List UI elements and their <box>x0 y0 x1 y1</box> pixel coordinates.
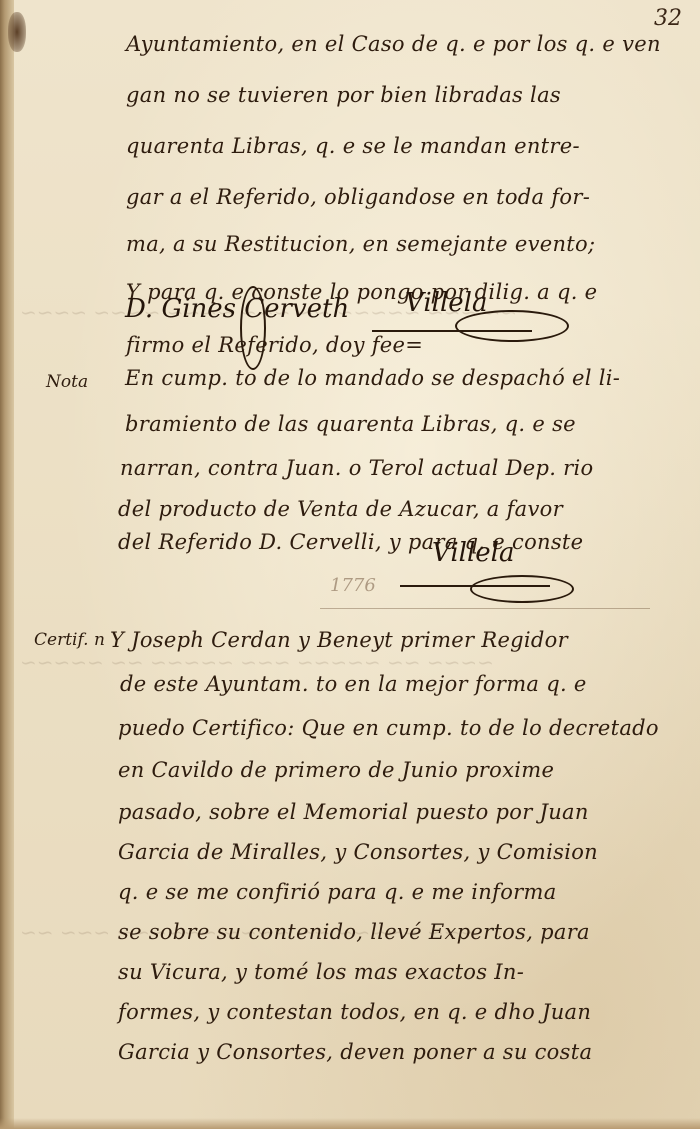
text-line: Garcia de Miralles, y Consortes, y Comis… <box>118 840 598 864</box>
text-line: bramiento de las quarenta Libras, q. e s… <box>125 412 576 436</box>
signature-villela-nota: Villela <box>432 538 514 568</box>
signature-flourish <box>470 575 574 603</box>
text-line: Garcia y Consortes, deven poner a su cos… <box>118 1040 592 1064</box>
text-line: ma, a su Restitucion, en semejante event… <box>126 232 595 256</box>
signature-cerveth: D. Gines Cerveth <box>125 294 349 324</box>
bleed-through-text: ~~~~ ~~ ~~~~~ ~~~ ~~~~~ ~~ ~~~~~ <box>20 650 494 674</box>
text-line: En cump. to de lo mandado se despachó el… <box>125 366 620 390</box>
text-line: pasado, sobre el Memorial puesto por Jua… <box>118 800 589 824</box>
faded-rule <box>320 608 650 609</box>
signature-flourish <box>240 286 266 370</box>
text-line: del producto de Venta de Azucar, a favor <box>118 497 563 521</box>
binding-spine <box>0 0 14 1129</box>
text-line: gan no se tuvieren por bien libradas las <box>126 83 561 107</box>
text-line: de este Ayuntam. to en la mejor forma q.… <box>120 672 587 696</box>
text-line: formes, y contestan todos, en q. e dho J… <box>118 1000 591 1024</box>
text-line: q. e se me confirió para q. e me informa <box>118 880 557 904</box>
text-line: su Vicura, y tomé los mas exactos In- <box>118 960 524 984</box>
text-line: firmo el Referido, doy fee= <box>126 333 423 357</box>
text-line: puedo Certifico: Que en cump. to de lo d… <box>118 716 659 740</box>
text-line: quarenta Libras, q. e se le mandan entre… <box>126 134 580 158</box>
page-bottom-edge <box>0 1118 700 1129</box>
text-line: en Cavildo de primero de Junio proxime <box>118 758 554 782</box>
text-line: Ayuntamiento, en el Caso de q. e por los… <box>126 32 661 56</box>
faded-year-annotation: 1776 <box>330 575 376 596</box>
text-line: gar a el Referido, obligandose en toda f… <box>126 185 590 209</box>
text-line: Y Joseph Cerdan y Beneyt primer Regidor <box>110 628 568 652</box>
signature-flourish <box>455 310 569 342</box>
margin-label-certif: Certif. n <box>34 630 105 650</box>
folio-number: 32 <box>654 6 682 31</box>
manuscript-page: ~~ ~~~ ~~~~~ ~~ ~~~ ~~~~ ~~~~ ~~~~ ~~~~ … <box>0 0 700 1129</box>
text-line: narran, contra Juan. o Terol actual Dep.… <box>120 456 593 480</box>
margin-label-nota: Nota <box>46 372 88 392</box>
ink-stain <box>8 12 26 52</box>
text-line: se sobre su contenido, llevé Expertos, p… <box>118 920 590 944</box>
